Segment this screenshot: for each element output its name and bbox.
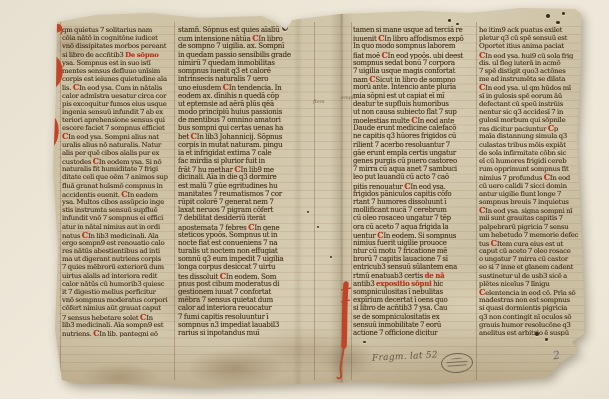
column-rule xyxy=(314,22,315,380)
text-column-3: tamen si mane usque ad terciā reiuuenit … xyxy=(353,26,474,340)
marginal-note-vertical: nuīa dīe ī pote gmīs qdā xyxy=(34,139,41,212)
library-stamp xyxy=(440,352,473,374)
text-column-1: qm quietus 7 solitarius namcōia nātō in … xyxy=(62,26,174,340)
text-column-4: he itim9 ack puatus exiletpletur q3 cū s… xyxy=(479,26,584,336)
parchment-hole xyxy=(363,341,366,343)
column-rule xyxy=(476,22,477,380)
stamp-text-illegible xyxy=(446,357,469,369)
marginal-note-vertical: yeiuna dūe ui pote generis aīo xyxy=(30,208,37,300)
parchment-hole xyxy=(562,12,565,15)
decorated-initial-I-icon xyxy=(333,280,355,382)
gutter-note: ftem xyxy=(313,99,325,105)
gutter-note: empīt xyxy=(341,95,356,101)
parchment-hole xyxy=(317,226,319,228)
column-rule xyxy=(174,22,175,380)
parchment-hole xyxy=(282,23,288,31)
parchment-surface: qm quietus 7 solitarius namcōia nātō in … xyxy=(0,0,609,399)
parchment-hole xyxy=(307,211,309,213)
parchment-hole xyxy=(456,23,459,25)
shelfmark-note: Fragm. lat 52 xyxy=(372,350,438,363)
parchment-hole xyxy=(330,256,332,258)
parchment-hole xyxy=(545,338,548,341)
text-column-2: stamn̄. Sōpnus est quies aīalīūcum inten… xyxy=(178,26,313,340)
parchment-hole xyxy=(556,21,560,24)
parchment-hole xyxy=(535,332,539,336)
decorated-initial-S-icon xyxy=(34,24,64,239)
parchment-hole xyxy=(448,19,451,22)
parchment-hole xyxy=(546,14,550,18)
folio-number: 2 xyxy=(552,348,561,362)
manuscript-photo: qm quietus 7 solitarius namcōia nātō in … xyxy=(0,0,609,399)
marginal-note-vertical: gnese xyxy=(46,60,53,78)
parchment-sheet: qm quietus 7 solitarius namcōia nātō in … xyxy=(0,0,609,399)
